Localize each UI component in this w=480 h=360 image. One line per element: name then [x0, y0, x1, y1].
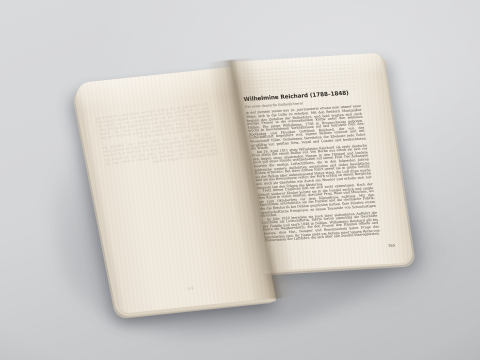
- right-page-text-block: Wilhelmine Reichard (1788–1848) Die erst…: [243, 90, 381, 249]
- right-page: Wilhelmine Reichard (1788–1848) Die erst…: [230, 53, 412, 272]
- right-page-number: 165: [388, 244, 395, 248]
- body-text: In der zweiten Hälfte des 18. Jahrhunder…: [246, 105, 382, 249]
- left-page-showthrough-text: Die Erinnerung an die großen Tage der Ba…: [95, 102, 235, 241]
- open-book: Die Erinnerung an die großen Tage der Ba…: [81, 46, 425, 314]
- photo-background: Die Erinnerung an die großen Tage der Ba…: [0, 0, 480, 360]
- left-page-number: 164: [186, 286, 193, 291]
